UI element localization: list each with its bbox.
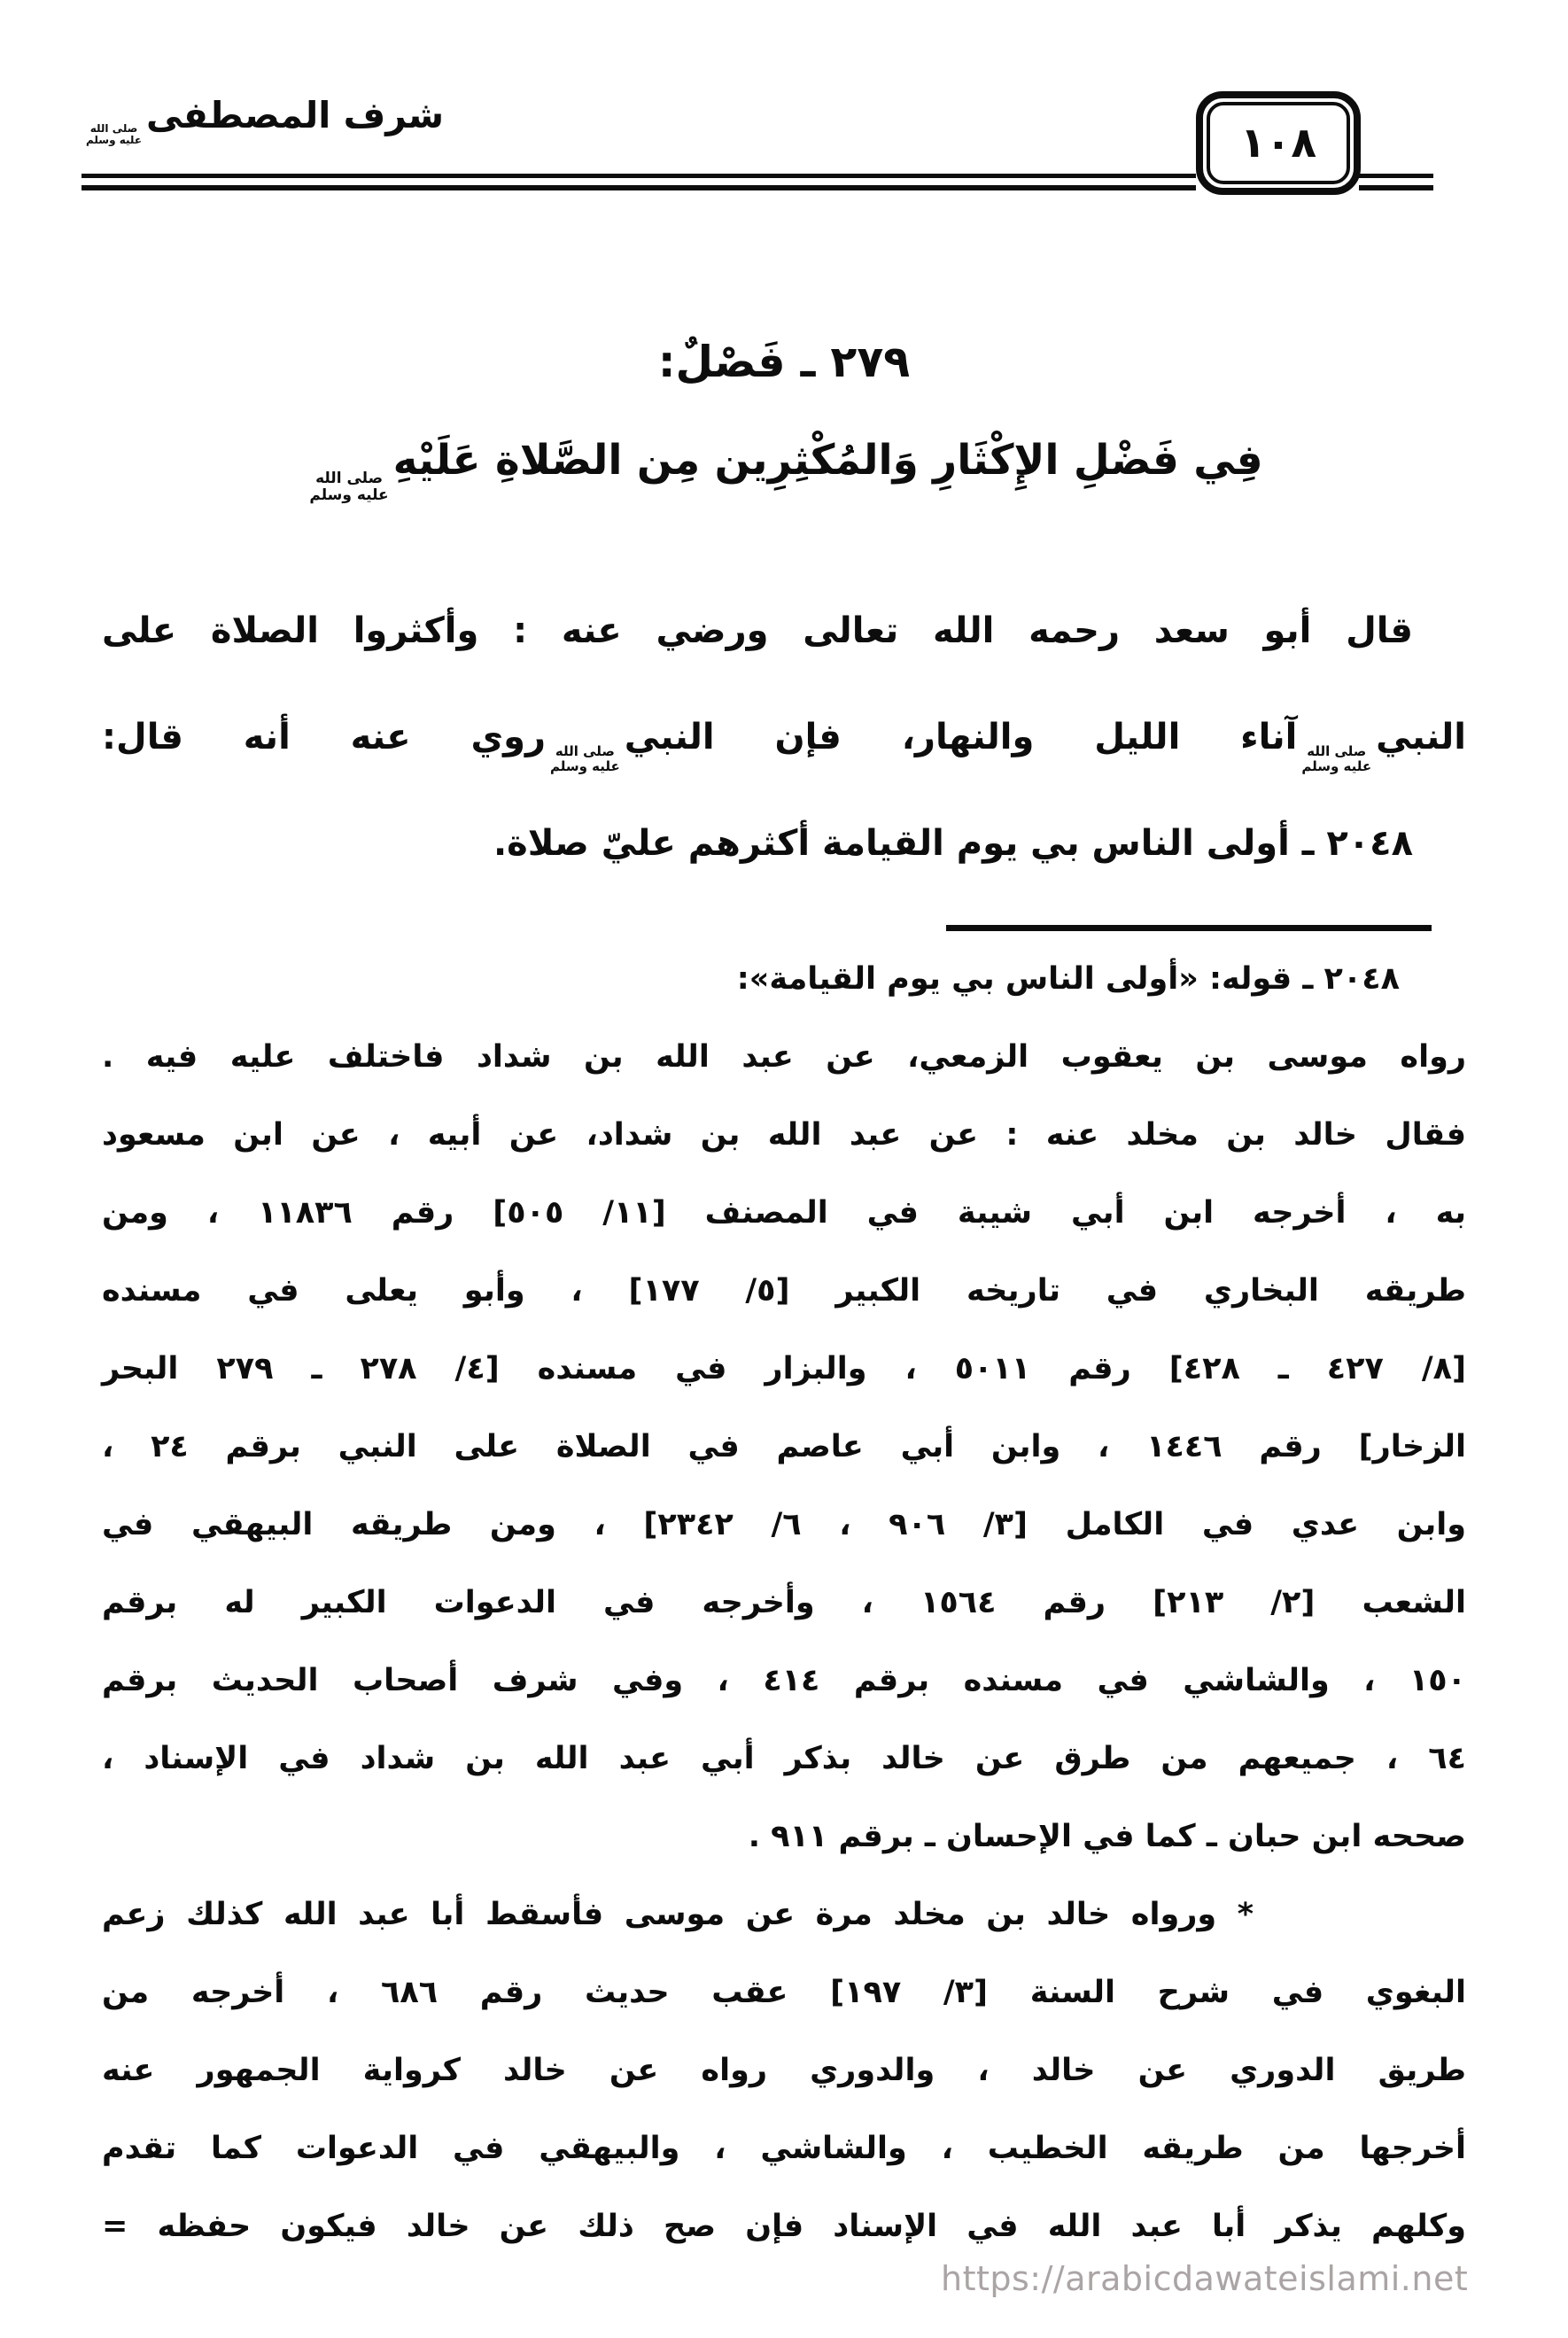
footnote-line: ٢٠٤٨ ـ قوله: «أولى الناس بي يوم القيامة»… bbox=[102, 940, 1466, 1018]
chapter-subtitle: فِي فَضْلِ الإِكْثَارِ وَالمُكْثِرِين مِ… bbox=[0, 436, 1568, 504]
page-number: ١٠٨ bbox=[1207, 102, 1350, 184]
footnote-line: فقال خالد بن مخلد عنه : عن عبد الله بن ش… bbox=[102, 1096, 1466, 1174]
book-title: شرف المصطفى bbox=[146, 94, 444, 136]
pbuh-icon: صلى اللهعليه وسلم bbox=[309, 470, 388, 504]
watermark-url: https://arabicdawateislami.net bbox=[941, 2259, 1468, 2298]
footnote-line-continuation: وكلهم يذكر أبا عبد الله في الإسناد فإن ص… bbox=[102, 2187, 1466, 2265]
pbuh-icon: صلى اللهعليه وسلم bbox=[86, 123, 142, 147]
footnote-line: البغوي في شرح السنة [٣/ ١٩٧] عقب حديث رق… bbox=[102, 1954, 1466, 2031]
running-header-title: شرف المصطفىصلى اللهعليه وسلم bbox=[82, 94, 444, 147]
footnote-line: ٦٤ ، جميعهم من طرق عن خالد بذكر أبي عبد … bbox=[102, 1720, 1466, 1798]
pbuh-icon: صلى اللهعليه وسلم bbox=[550, 744, 620, 774]
footnote-line: به ، أخرجه ابن أبي شيبة في المصنف [١١/ ٥… bbox=[102, 1174, 1466, 1252]
pbuh-icon: صلى اللهعليه وسلم bbox=[1301, 744, 1371, 774]
body-line: قال أبو سعد رحمه الله تعالى ورضي عنه : و… bbox=[102, 578, 1466, 684]
page-number-box: ١٠٨ bbox=[1196, 91, 1361, 195]
header-rule-left bbox=[82, 174, 1196, 190]
footnote-line: وابن عدي في الكامل [٣/ ٩٠٦ ، ٦/ ٢٣٤٢] ، … bbox=[102, 1486, 1466, 1564]
footnote-line: الزخار] رقم ١٤٤٦ ، وابن أبي عاصم في الصل… bbox=[102, 1408, 1466, 1486]
footnote-line: أخرجها من طريقه الخطيب ، والشاشي ، والبي… bbox=[102, 2109, 1466, 2187]
book-page: شرف المصطفىصلى اللهعليه وسلم ١٠٨ ٢٧٩ ـ ف… bbox=[0, 0, 1568, 2338]
footnote-line: [٨/ ٤٢٧ ـ ٤٢٨] رقم ٥٠١١ ، والبزار في مسن… bbox=[102, 1330, 1466, 1408]
footnote-line: ١٥٠ ، والشاشي في مسنده برقم ٤١٤ ، وفي شر… bbox=[102, 1642, 1466, 1720]
footnote: ٢٠٤٨ ـ قوله: «أولى الناس بي يوم القيامة»… bbox=[102, 940, 1466, 2265]
footnote-line: رواه موسى بن يعقوب الزمعي، عن عبد الله ب… bbox=[102, 1018, 1466, 1096]
footnote-line-star: * ورواه خالد بن مخلد مرة عن موسى فأسقط أ… bbox=[102, 1876, 1466, 1954]
footnote-line: الشعب [٢/ ٢١٣] رقم ١٥٦٤ ، وأخرجه في الدع… bbox=[102, 1564, 1466, 1642]
body-line: النبيصلى اللهعليه وسلمآناء الليل والنهار… bbox=[102, 684, 1466, 790]
hadith-line: ٢٠٤٨ ـ أولى الناس بي يوم القيامة أكثرهم … bbox=[102, 790, 1466, 897]
footnote-line: صححه ابن حبان ـ كما في الإحسان ـ برقم ٩١… bbox=[102, 1798, 1466, 1876]
footnote-line: طريق الدوري عن خالد ، والدوري رواه عن خا… bbox=[102, 2031, 1466, 2109]
footnote-separator bbox=[946, 925, 1432, 931]
chapter-heading: ٢٧٩ ـ فَصْلٌ: bbox=[0, 337, 1568, 387]
footnote-line: طريقه البخاري في تاريخه الكبير [٥/ ١٧٧] … bbox=[102, 1252, 1466, 1330]
header-rule-right bbox=[1359, 174, 1433, 190]
chapter-subtitle-text: فِي فَضْلِ الإِكْثَارِ وَالمُكْثِرِين مِ… bbox=[393, 436, 1263, 485]
body-paragraph: قال أبو سعد رحمه الله تعالى ورضي عنه : و… bbox=[102, 578, 1466, 897]
